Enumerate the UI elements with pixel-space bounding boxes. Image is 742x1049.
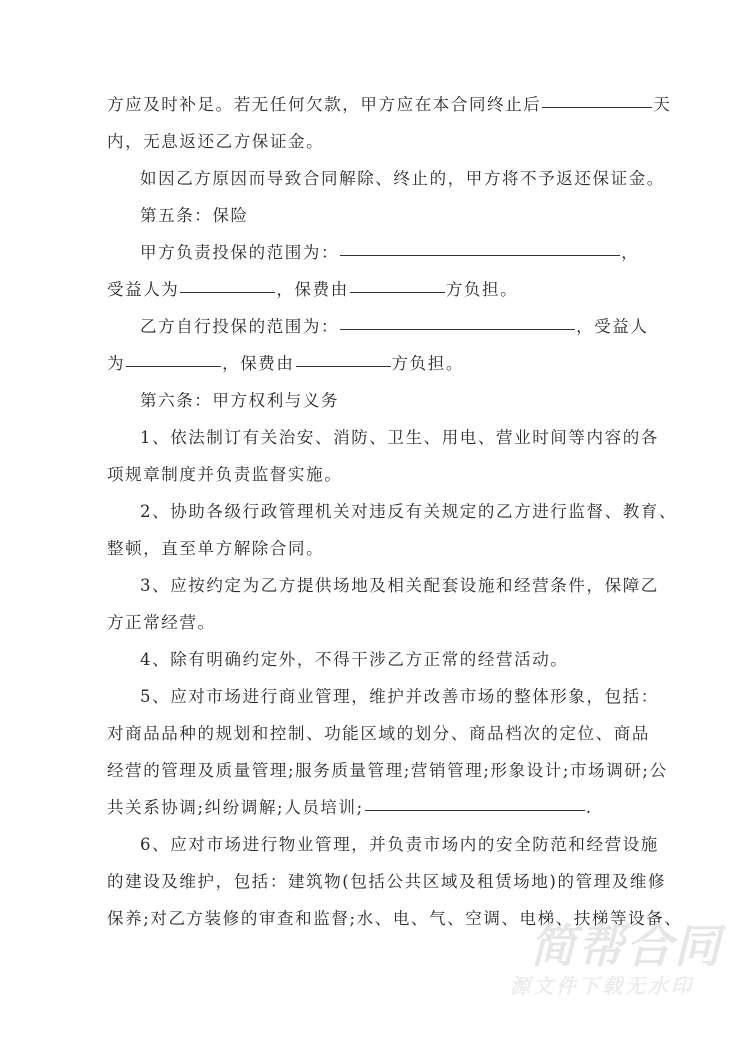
text-segment: 对商品品种的规划和控制、功能区域的划分、商品档次的定位、商品 xyxy=(107,724,650,743)
fill-in-blank xyxy=(340,311,575,330)
text-segment: 甲方负责投保的范围为： xyxy=(140,243,339,262)
text-line: 如因乙方原因而导致合同解除、终止的，甲方将不予返还保证金。 xyxy=(107,160,643,197)
text-segment: 内，无息返还乙方保证金。 xyxy=(107,132,324,151)
fill-in-blank xyxy=(542,89,652,108)
text-segment: ，受益人 xyxy=(576,317,648,336)
text-segment: ， xyxy=(621,243,639,262)
text-segment: 方负担。 xyxy=(446,280,518,299)
watermark-caption: 源文件下载无水印 xyxy=(510,970,694,999)
text-segment: 共关系协调;纠纷调解;人员培训; xyxy=(107,798,364,817)
text-line: 第六条：甲方权利与义务 xyxy=(107,382,643,419)
text-line: 的建设及维护，包括：建筑物(包括公共区域及租赁场地)的管理及维修 xyxy=(107,863,643,900)
text-segment: 方正常经营。 xyxy=(107,613,216,632)
text-line: 共关系协调;纠纷调解;人员培训;. xyxy=(107,789,643,826)
text-line: 对商品品种的规划和控制、功能区域的划分、商品档次的定位、商品 xyxy=(107,715,643,752)
text-segment: 第六条：甲方权利与义务 xyxy=(140,391,339,410)
text-line: 甲方负责投保的范围为：， xyxy=(107,234,643,271)
text-segment: . xyxy=(586,798,593,817)
text-segment: 4、除有明确约定外，不得干涉乙方正常的经营活动。 xyxy=(140,650,568,669)
text-segment: 第五条：保险 xyxy=(140,206,249,225)
text-segment: 受益人为 xyxy=(107,280,179,299)
text-line: 1、依法制订有关治安、消防、卫生、用电、营业时间等内容的各 xyxy=(107,419,643,456)
text-segment: 天 xyxy=(653,95,671,114)
text-segment: 5、应对市场进行商业管理，维护并改善市场的整体形象，包括： xyxy=(140,687,659,706)
text-segment: 如因乙方原因而导致合同解除、终止的，甲方将不予返还保证金。 xyxy=(140,169,665,188)
text-segment: 经营的管理及质量管理;服务质量管理;营销管理;形象设计;市场调研;公 xyxy=(107,761,668,780)
text-line: 2、协助各级行政管理机关对违反有关规定的乙方进行监督、教育、 xyxy=(107,493,643,530)
text-segment: 6、应对市场进行物业管理，并负责市场内的安全防范和经营设施 xyxy=(140,835,659,854)
fill-in-blank xyxy=(365,792,585,811)
text-line: 6、应对市场进行物业管理，并负责市场内的安全防范和经营设施 xyxy=(107,826,643,863)
fill-in-blank xyxy=(296,348,391,367)
text-line: 方应及时补足。若无任何欠款，甲方应在本合同终止后天 xyxy=(107,86,643,123)
text-segment: 的建设及维护，包括：建筑物(包括公共区域及租赁场地)的管理及维修 xyxy=(107,872,666,891)
text-segment: 方负担。 xyxy=(392,354,464,373)
text-segment: 1、依法制订有关治安、消防、卫生、用电、营业时间等内容的各 xyxy=(140,428,659,447)
text-line: 为，保费由方负担。 xyxy=(107,345,643,382)
text-line: 3、应按约定为乙方提供场地及相关配套设施和经营条件，保障乙 xyxy=(107,567,643,604)
text-line: 保养;对乙方装修的审查和监督;水、电、气、空调、电梯、扶梯等设备、 xyxy=(107,900,643,937)
text-segment: 保养;对乙方装修的审查和监督;水、电、气、空调、电梯、扶梯等设备、 xyxy=(107,909,682,928)
text-line: 第五条：保险 xyxy=(107,197,643,234)
text-line: 经营的管理及质量管理;服务质量管理;营销管理;形象设计;市场调研;公 xyxy=(107,752,643,789)
fill-in-blank xyxy=(350,274,445,293)
text-segment: 整顿，直至单方解除合同。 xyxy=(107,539,324,558)
fill-in-blank xyxy=(340,237,620,256)
text-segment: 为 xyxy=(107,354,125,373)
text-segment: 项规章制度并负责监督实施。 xyxy=(107,465,342,484)
text-line: 整顿，直至单方解除合同。 xyxy=(107,530,643,567)
text-segment: ，保费由 xyxy=(276,280,348,299)
text-segment: ，保费由 xyxy=(222,354,294,373)
fill-in-blank xyxy=(126,348,221,367)
text-segment: 方应及时补足。若无任何欠款，甲方应在本合同终止后 xyxy=(107,95,541,114)
text-line: 项规章制度并负责监督实施。 xyxy=(107,456,643,493)
text-segment: 2、协助各级行政管理机关对违反有关规定的乙方进行监督、教育、 xyxy=(140,502,677,521)
text-line: 受益人为，保费由方负担。 xyxy=(107,271,643,308)
text-line: 内，无息返还乙方保证金。 xyxy=(107,123,643,160)
fill-in-blank xyxy=(180,274,275,293)
text-line: 5、应对市场进行商业管理，维护并改善市场的整体形象，包括： xyxy=(107,678,643,715)
text-line: 乙方自行投保的范围为：，受益人 xyxy=(107,308,643,345)
document-page: 方应及时补足。若无任何欠款，甲方应在本合同终止后天内，无息返还乙方保证金。如因乙… xyxy=(107,86,643,937)
text-line: 4、除有明确约定外，不得干涉乙方正常的经营活动。 xyxy=(107,641,643,678)
text-line: 方正常经营。 xyxy=(107,604,643,641)
text-segment: 3、应按约定为乙方提供场地及相关配套设施和经营条件，保障乙 xyxy=(140,576,659,595)
text-segment: 乙方自行投保的范围为： xyxy=(140,317,339,336)
